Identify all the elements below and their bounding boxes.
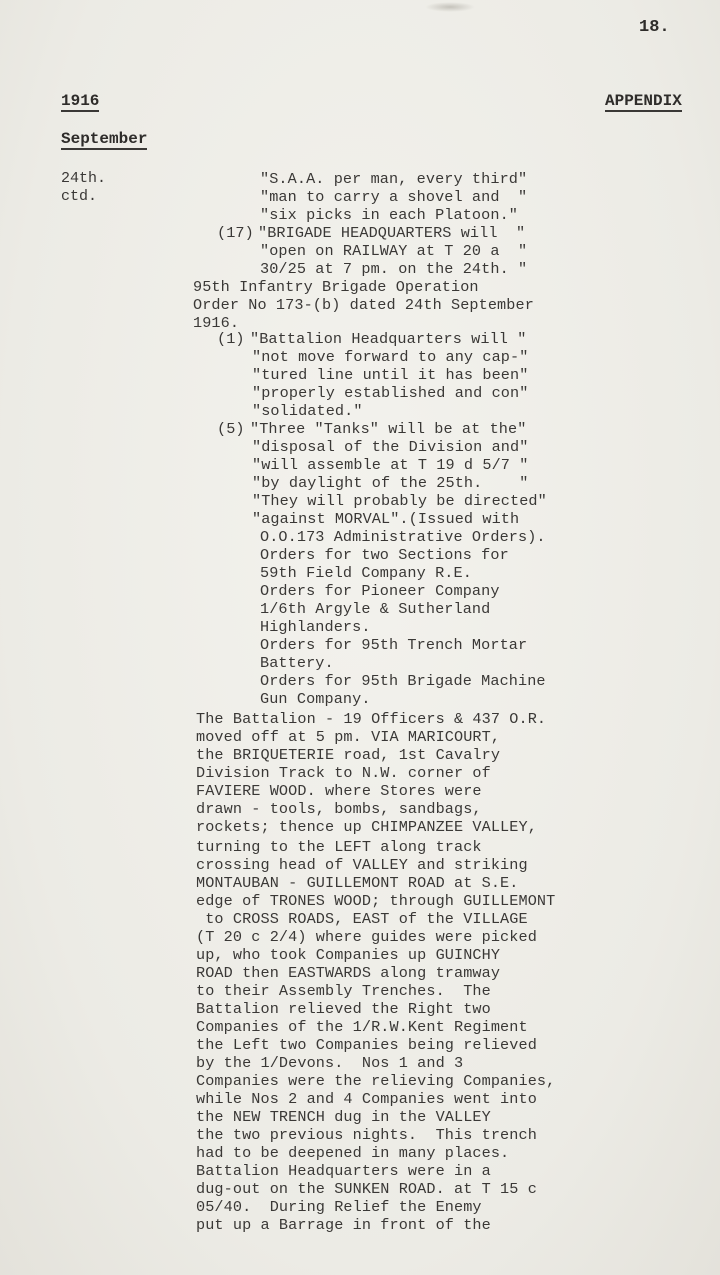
text-line: the BRIQUETERIE road, 1st Cavalry (196, 746, 500, 764)
document-page: 18. 1916 APPENDIX September 24th. ctd. "… (0, 0, 720, 1275)
text-line: while Nos 2 and 4 Companies went into (196, 1090, 537, 1108)
item-marker-17: (17) (217, 224, 254, 242)
text-line: "tured line until it has been" (252, 366, 528, 384)
text-line: "man to carry a shovel and " (260, 188, 527, 206)
text-line: Order No 173-(b) dated 24th September (193, 296, 534, 314)
text-line: "six picks in each Platoon." (260, 206, 518, 224)
text-line: 1/6th Argyle & Sutherland (260, 600, 490, 618)
text-line: Orders for 95th Brigade Machine (260, 672, 546, 690)
item-marker-5: (5) (217, 420, 245, 438)
date-continued: ctd. (61, 188, 106, 206)
text-line: (T 20 c 2/4) where guides were picked (196, 928, 537, 946)
text-line: 95th Infantry Brigade Operation (193, 278, 479, 296)
text-line: "Battalion Headquarters will " (250, 330, 526, 348)
text-line: Battery. (260, 654, 334, 672)
appendix-heading: APPENDIX (605, 92, 682, 112)
text-line: put up a Barrage in front of the (196, 1216, 491, 1234)
text-line: moved off at 5 pm. VIA MARICOURT, (196, 728, 500, 746)
month-heading: September (61, 130, 147, 150)
text-line: "by daylight of the 25th. " (252, 474, 528, 492)
text-line: MONTAUBAN - GUILLEMONT ROAD at S.E. (196, 874, 519, 892)
text-line: "open on RAILWAY at T 20 a " (260, 242, 527, 260)
text-line: Battalion relieved the Right two (196, 1000, 491, 1018)
date-day: 24th. (61, 170, 106, 188)
text-line: "solidated." (252, 402, 363, 420)
text-line: 30/25 at 7 pm. on the 24th. " (260, 260, 527, 278)
text-line: FAVIERE WOOD. where Stores were (196, 782, 482, 800)
text-line: "BRIGADE HEADQUARTERS will " (258, 224, 525, 242)
text-line: the Left two Companies being relieved (196, 1036, 537, 1054)
text-line: crossing head of VALLEY and striking (196, 856, 528, 874)
text-line: up, who took Companies up GUINCHY (196, 946, 500, 964)
text-line: edge of TRONES WOOD; through GUILLEMONT (196, 892, 555, 910)
text-line: 59th Field Company R.E. (260, 564, 472, 582)
text-line: Highlanders. (260, 618, 371, 636)
text-line: had to be deepened in many places. (196, 1144, 509, 1162)
text-line: The Battalion - 19 Officers & 437 O.R. (196, 710, 546, 728)
text-line: rockets; thence up CHIMPANZEE VALLEY, (196, 818, 537, 836)
text-line: "properly established and con" (252, 384, 528, 402)
date-column: 24th. ctd. (61, 170, 106, 206)
text-line: to CROSS ROADS, EAST of the VILLAGE (196, 910, 528, 928)
text-line: Orders for two Sections for (260, 546, 509, 564)
text-line: Orders for Pioneer Company (260, 582, 500, 600)
ink-smudge (425, 2, 475, 12)
text-line: to their Assembly Trenches. The (196, 982, 491, 1000)
text-line: "against MORVAL".(Issued with (252, 510, 519, 528)
text-line: ROAD then EASTWARDS along tramway (196, 964, 500, 982)
text-line: Orders for 95th Trench Mortar (260, 636, 527, 654)
text-line: Division Track to N.W. corner of (196, 764, 491, 782)
text-line: "Three "Tanks" will be at the" (250, 420, 526, 438)
text-line: "disposal of the Division and" (252, 438, 528, 456)
text-line: "not move forward to any cap-" (252, 348, 528, 366)
text-line: Battalion Headquarters were in a (196, 1162, 491, 1180)
text-line: the NEW TRENCH dug in the VALLEY (196, 1108, 491, 1126)
page-number: 18. (639, 18, 670, 37)
text-line: the two previous nights. This trench (196, 1126, 537, 1144)
text-line: Companies were the relieving Companies, (196, 1072, 555, 1090)
text-line: by the 1/Devons. Nos 1 and 3 (196, 1054, 463, 1072)
text-line: turning to the LEFT along track (196, 838, 482, 856)
item-marker-1: (1) (217, 330, 245, 348)
text-line: Companies of the 1/R.W.Kent Regiment (196, 1018, 528, 1036)
text-line: 05/40. During Relief the Enemy (196, 1198, 482, 1216)
text-line: "They will probably be directed" (252, 492, 547, 510)
text-line: O.O.173 Administrative Orders). (260, 528, 546, 546)
year-heading: 1916 (61, 92, 99, 112)
text-line: drawn - tools, bombs, sandbags, (196, 800, 482, 818)
text-line: Gun Company. (260, 690, 371, 708)
text-line: "S.A.A. per man, every third" (260, 170, 527, 188)
text-line: dug-out on the SUNKEN ROAD. at T 15 c (196, 1180, 537, 1198)
text-line: "will assemble at T 19 d 5/7 " (252, 456, 528, 474)
